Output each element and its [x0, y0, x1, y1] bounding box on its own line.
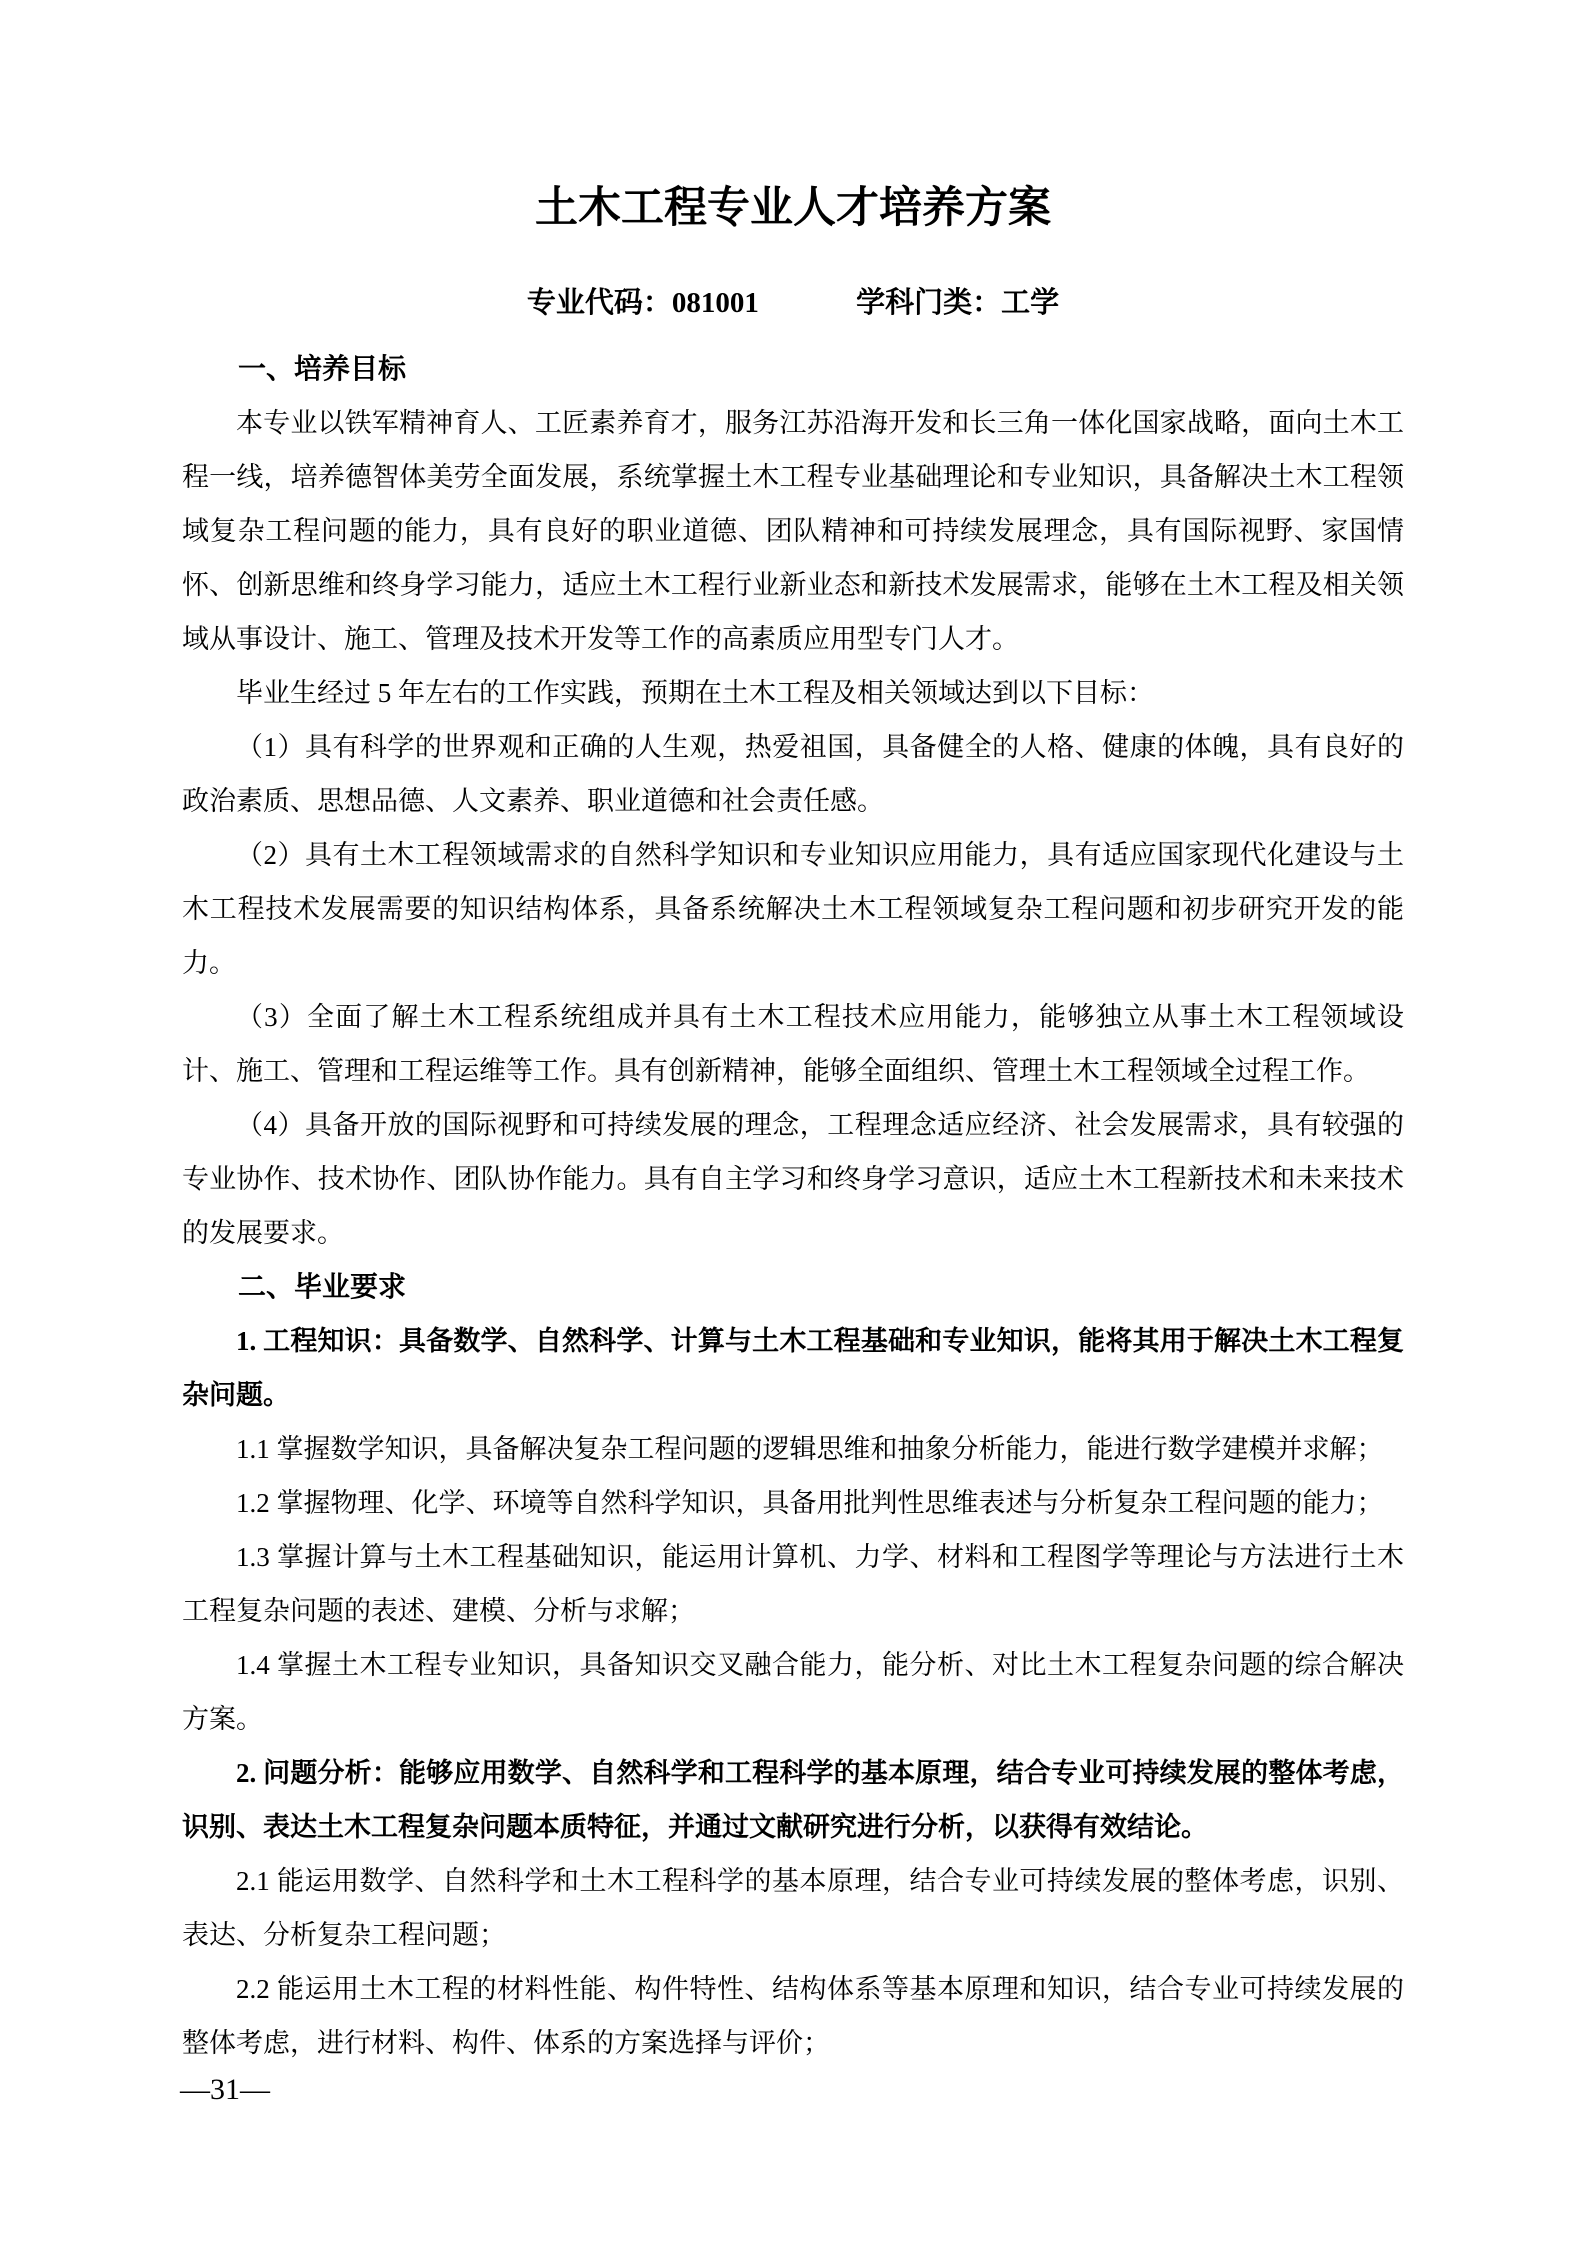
- paragraph: 1.2 掌握物理、化学、环境等自然科学知识，具备用批判性思维表述与分析复杂工程问…: [182, 1476, 1404, 1530]
- meta-line: 专业代码：081001 学科门类：工学: [182, 283, 1404, 323]
- page-title: 土木工程专业人才培养方案: [182, 0, 1404, 235]
- paragraph: 2.2 能运用土木工程的材料性能、构件特性、结构体系等基本原理和知识，结合专业可…: [182, 1962, 1404, 2070]
- paragraph: 毕业生经过 5 年左右的工作实践，预期在土木工程及相关领域达到以下目标：: [182, 666, 1404, 720]
- document-body: 一、培养目标本专业以铁军精神育人、工匠素养育才，服务江苏沿海开发和长三角一体化国…: [182, 342, 1404, 2070]
- document-page: { "document": { "title": "土木工程专业人才培养方案",…: [0, 0, 1586, 2245]
- paragraph-bold: 2. 问题分析：能够应用数学、自然科学和工程科学的基本原理，结合专业可持续发展的…: [182, 1746, 1404, 1854]
- paragraph: 2.1 能运用数学、自然科学和土木工程科学的基本原理，结合专业可持续发展的整体考…: [182, 1854, 1404, 1962]
- document-content-area: 土木工程专业人才培养方案 专业代码：081001 学科门类：工学 一、培养目标本…: [182, 0, 1404, 2070]
- section-heading: 二、毕业要求: [182, 1260, 1404, 1314]
- paragraph-bold: 1. 工程知识：具备数学、自然科学、计算与土木工程基础和专业知识，能将其用于解决…: [182, 1314, 1404, 1422]
- paragraph: 1.4 掌握土木工程专业知识，具备知识交叉融合能力，能分析、对比土木工程复杂问题…: [182, 1638, 1404, 1746]
- major-code: 专业代码：081001: [527, 287, 759, 319]
- paragraph: 1.1 掌握数学知识，具备解决复杂工程问题的逻辑思维和抽象分析能力，能进行数学建…: [182, 1422, 1404, 1476]
- paragraph: 1.3 掌握计算与土木工程基础知识，能运用计算机、力学、材料和工程图学等理论与方…: [182, 1530, 1404, 1638]
- paragraph: （3）全面了解土木工程系统组成并具有土木工程技术应用能力，能够独立从事土木工程领…: [182, 990, 1404, 1098]
- page-number: —31—: [180, 2072, 270, 2108]
- paragraph: （2）具有土木工程领域需求的自然科学知识和专业知识应用能力，具有适应国家现代化建…: [182, 828, 1404, 990]
- paragraph: 本专业以铁军精神育人、工匠素养育才，服务江苏沿海开发和长三角一体化国家战略，面向…: [182, 396, 1404, 666]
- paragraph: （1）具有科学的世界观和正确的人生观，热爱祖国，具备健全的人格、健康的体魄，具有…: [182, 720, 1404, 828]
- section-heading: 一、培养目标: [182, 342, 1404, 396]
- paragraph: （4）具备开放的国际视野和可持续发展的理念，工程理念适应经济、社会发展需求，具有…: [182, 1098, 1404, 1260]
- discipline-category: 学科门类：工学: [856, 287, 1059, 319]
